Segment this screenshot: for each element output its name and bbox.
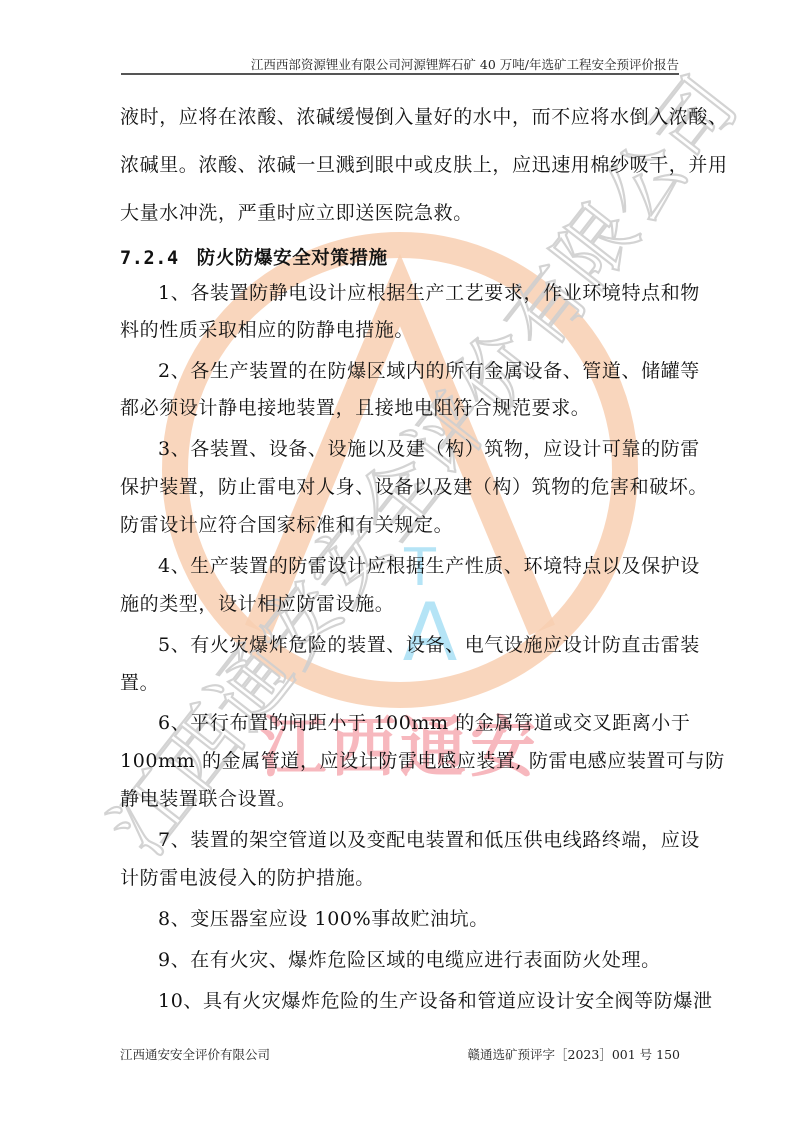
list-item-10: 10、具有火灾爆炸危险的生产设备和管道应设计安全阀等防爆泄 bbox=[120, 986, 713, 1013]
list-item-2-cont: 都必须设计静电接地装置，且接地电阻符合规范要求。 bbox=[120, 393, 590, 420]
list-item-5: 5、有火灾爆炸危险的装置、设备、电气设施应设计防直击雷装 bbox=[120, 630, 700, 657]
list-item-2: 2、各生产装置的在防爆区域内的所有金属设备、管道、储罐等 bbox=[120, 356, 700, 383]
list-item-3: 3、各装置、设备、设施以及建（构）筑物，应设计可靠的防雷 bbox=[120, 434, 700, 461]
paragraph-line: 液时，应将在浓酸、浓碱缓慢倒入量好的水中，而不应将水倒入浓酸、 bbox=[120, 102, 728, 129]
list-item-3-cont: 防雷设计应符合国家标准和有关规定。 bbox=[120, 510, 453, 537]
paragraph-line: 大量水冲洗，严重时应立即送医院急救。 bbox=[120, 198, 473, 225]
list-item-3-cont: 保护装置，防止雷电对人身、设备以及建（构）筑物的危害和破坏。 bbox=[120, 472, 708, 499]
footer-company: 江西通安安全评价有限公司 bbox=[120, 1045, 270, 1063]
header-rule bbox=[121, 73, 679, 75]
list-item-6: 6、平行布置的间距小于 100mm 的金属管道或交叉距离小于 bbox=[120, 708, 690, 735]
list-item-6-cont: 100mm 的金属管道，应设计防雷电感应装置, 防雷电感应装置可与防 bbox=[120, 746, 725, 773]
list-item-4-cont: 施的类型，设计相应防雷设施。 bbox=[120, 589, 394, 616]
section-number: 7.2.4 bbox=[120, 248, 179, 269]
list-item-7-cont: 计防雷电波侵入的防护措施。 bbox=[120, 863, 375, 890]
document-page: 江西西部资源锂业有限公司河源锂辉石矿 40 万吨/年选矿工程安全预评价报告 T … bbox=[0, 0, 800, 1131]
list-item-1-cont: 料的性质采取相应的防静电措施。 bbox=[120, 315, 414, 342]
list-item-7: 7、装置的架空管道以及变配电装置和低压供电线路终端，应设 bbox=[120, 825, 700, 852]
paragraph-line: 浓碱里。浓酸、浓碱一旦溅到眼中或皮肤上，应迅速用棉纱吸干，并用 bbox=[120, 150, 728, 177]
list-item-1: 1、各装置防静电设计应根据生产工艺要求，作业环境特点和物 bbox=[120, 278, 700, 305]
list-item-6-cont: 静电装置联合设置。 bbox=[120, 784, 296, 811]
list-item-5-cont: 置。 bbox=[120, 668, 159, 695]
section-heading: 7.2.4防火防爆安全对策措施 bbox=[120, 244, 388, 270]
running-header: 江西西部资源锂业有限公司河源锂辉石矿 40 万吨/年选矿工程安全预评价报告 bbox=[121, 55, 679, 73]
list-item-4: 4、生产装置的防雷设计应根据生产性质、环境特点以及保护设 bbox=[120, 551, 700, 578]
list-item-9: 9、在有火灾、爆炸危险区域的电缆应进行表面防火处理。 bbox=[120, 945, 661, 972]
footer-doc-number: 赣通选矿预评字［2023］001 号 150 bbox=[468, 1045, 680, 1063]
list-item-8: 8、变压器室应设 100%事故贮油坑。 bbox=[120, 904, 489, 931]
section-title: 防火防爆安全对策措施 bbox=[197, 248, 388, 269]
